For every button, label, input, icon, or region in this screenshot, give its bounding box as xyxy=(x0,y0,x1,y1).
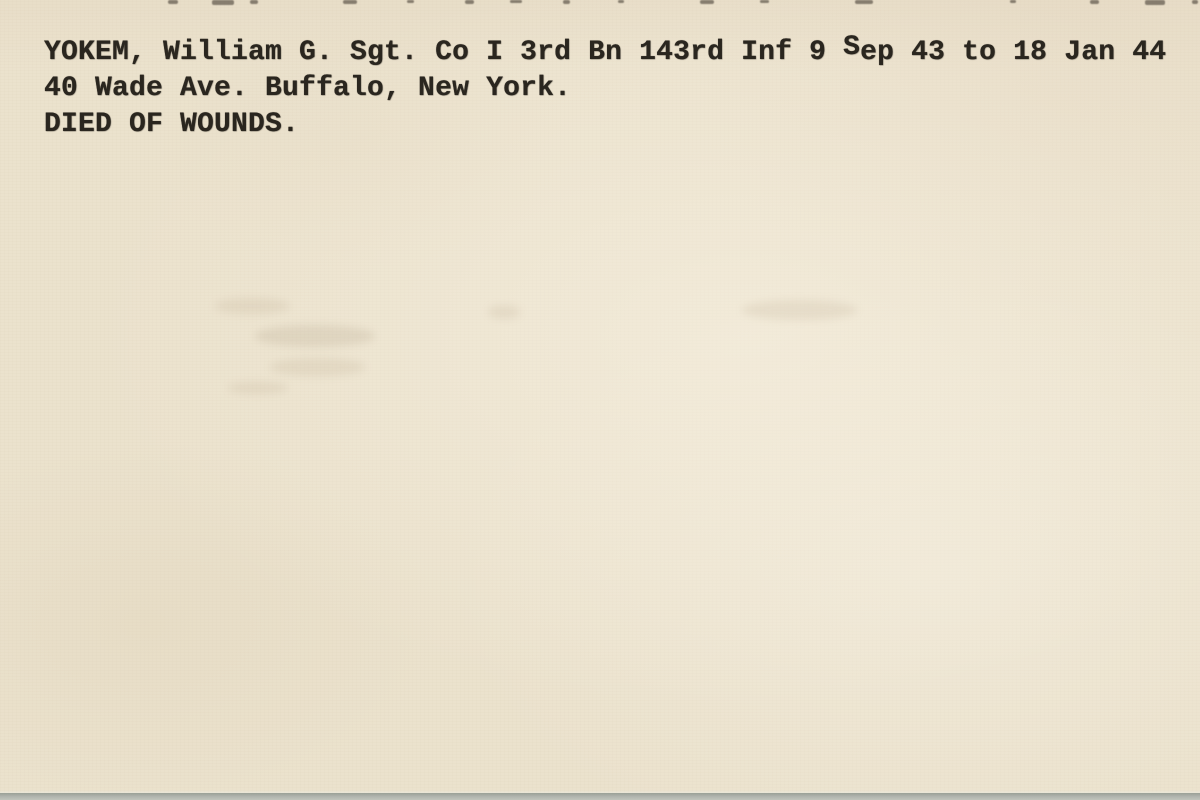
scan-bottom-edge-strip xyxy=(0,793,1200,800)
scan-artifact xyxy=(168,0,178,4)
scan-artifact xyxy=(212,0,234,5)
scan-artifact xyxy=(855,0,873,4)
scan-artifact xyxy=(343,0,357,4)
scan-artifact xyxy=(1145,0,1165,5)
scan-artifact xyxy=(760,0,769,3)
scan-artifact xyxy=(1090,0,1099,4)
card-line-1: YOKEM, William G. Sgt. Co I 3rd Bn 143rd… xyxy=(44,35,1180,71)
scan-artifact xyxy=(700,0,714,4)
bleed-through-smudge xyxy=(488,305,520,319)
bleed-through-smudge xyxy=(742,300,857,320)
line1-text-after: ep 43 to 18 Jan 44 xyxy=(860,37,1166,68)
scan-artifact xyxy=(465,0,474,4)
scan-artifact xyxy=(1192,0,1198,4)
typed-text-block: YOKEM, William G. Sgt. Co I 3rd Bn 143rd… xyxy=(44,35,1180,143)
scan-artifact xyxy=(510,0,522,3)
line1-raised-char: S xyxy=(843,30,860,66)
line1-text-before: YOKEM, William G. Sgt. Co I 3rd Bn 143rd… xyxy=(44,37,843,68)
bleed-through-smudge xyxy=(228,382,288,394)
bleed-through-smudge xyxy=(215,298,290,314)
bleed-through-smudge xyxy=(270,358,365,376)
scan-artifact xyxy=(1010,0,1016,3)
card-line-3: DIED OF WOUNDS. xyxy=(44,107,1180,143)
scan-artifact xyxy=(563,0,570,4)
scan-artifact xyxy=(250,0,258,4)
card-line-2: 40 Wade Ave. Buffalo, New York. xyxy=(44,71,1180,107)
index-card: YOKEM, William G. Sgt. Co I 3rd Bn 143rd… xyxy=(0,0,1200,800)
scan-artifact xyxy=(407,0,414,3)
bleed-through-smudge xyxy=(255,325,375,347)
scan-artifact xyxy=(618,0,624,3)
